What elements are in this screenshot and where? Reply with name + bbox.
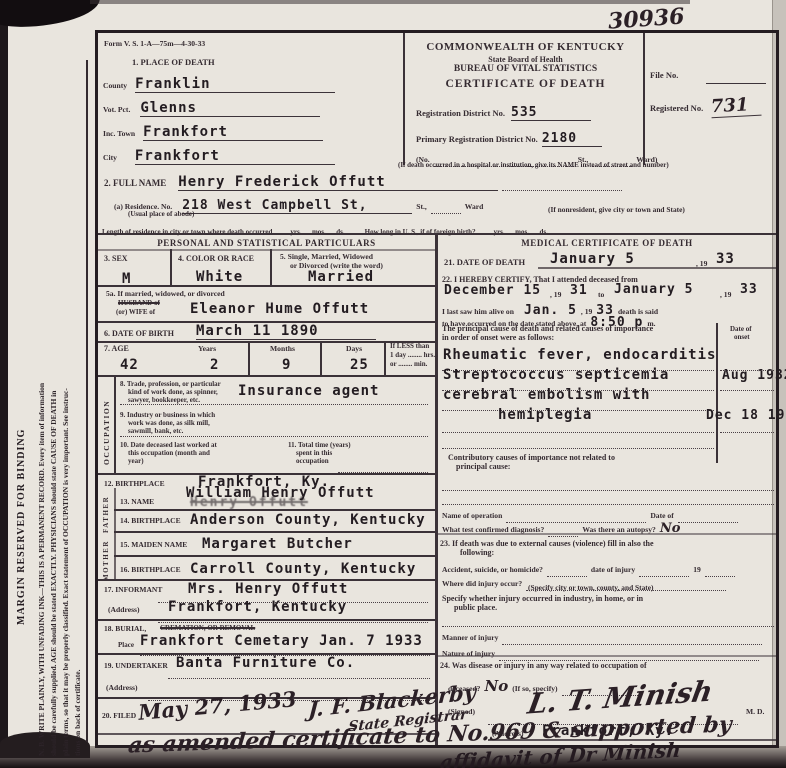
city-value: Frankfort xyxy=(135,148,335,165)
sex-label: 3. SEX xyxy=(104,254,128,263)
contributory-line-2: principal cause: xyxy=(456,462,510,471)
father-name-label: 13. NAME xyxy=(120,497,154,506)
length-residence-row: Length of residence in city or town wher… xyxy=(102,221,548,239)
hospital-note: (If death occurred in a hospital or inst… xyxy=(398,161,669,169)
dotted-rule xyxy=(442,617,774,627)
rule xyxy=(643,33,645,165)
dotted-rule xyxy=(720,423,774,433)
margin-note-line: tions on back of certificate. xyxy=(72,383,84,756)
father-birthplace-label: 14. BIRTHPLACE xyxy=(120,516,181,525)
to-year-prefix: , 19 xyxy=(720,290,731,299)
informant-address-label: (Address) xyxy=(108,605,140,614)
father-name-struck: Henry Offutt xyxy=(190,495,308,510)
nature-label: Nature of injury xyxy=(442,649,495,658)
rule xyxy=(114,555,435,557)
primary-district-row: Primary Registration District No. 2180 xyxy=(416,129,602,147)
rule xyxy=(98,375,435,377)
age-value: 42 xyxy=(120,357,139,373)
margin-note-line: plain terms, so that it may be properly … xyxy=(60,383,72,756)
binding-rule xyxy=(86,60,88,742)
full-name-dots xyxy=(502,181,622,191)
file-no-row: File No. xyxy=(650,65,766,84)
precinct-value: Glenns xyxy=(140,100,320,117)
principal-line-2: in order of onset were as follows: xyxy=(442,333,554,342)
personal-title: PERSONAL AND STATISTICAL PARTICULARS xyxy=(98,238,435,248)
spouse-label-3: (or) WIFE of xyxy=(116,308,155,316)
attended-from: December 15 xyxy=(444,283,541,298)
primary-district-label: Primary Registration District No. xyxy=(416,134,538,144)
date-of-death-label: 21. DATE OF DEATH xyxy=(444,257,525,267)
filed-label: 20. FILED xyxy=(102,711,136,720)
onset-label-1: Date of xyxy=(730,325,752,333)
cause-date: Dec 18 1932 xyxy=(706,408,786,423)
registered-no-row: Registered No. 731 xyxy=(650,95,761,117)
last-worked-label-3: year) xyxy=(128,457,144,465)
external-line-2: following: xyxy=(460,548,494,557)
rule xyxy=(438,655,776,657)
dotted-rule xyxy=(442,481,774,491)
dotted-rule xyxy=(120,395,428,405)
spouse-value: Eleanor Hume Offutt xyxy=(190,301,369,317)
rule xyxy=(716,323,718,463)
principal-line-1: The principal cause of death and related… xyxy=(442,324,653,333)
specify-line-1: Specify whether injury occurred in indus… xyxy=(442,594,643,603)
column-divider xyxy=(435,233,438,745)
age-months-label: Months xyxy=(270,344,295,353)
city-row: City Frankfort xyxy=(103,147,335,165)
external-line-1: 23. If death was due to external causes … xyxy=(440,539,654,548)
total-time-label-2: spent in this xyxy=(296,449,332,457)
margin-note: N. B. WRITE PLAINLY, WITH UNFADING INK—T… xyxy=(36,383,84,756)
md-label: M. D. xyxy=(746,707,764,716)
where-note: (Specify city or town, county, and State… xyxy=(528,583,654,592)
mother-birthplace-label: 16. BIRTHPLACE xyxy=(120,565,181,574)
rule xyxy=(114,488,116,533)
rule xyxy=(114,375,116,473)
manner-label: Manner of injury xyxy=(442,633,498,642)
full-name-row: 2. FULL NAME Henry Frederick Offutt xyxy=(104,173,622,191)
registration-district-label: Registration District No. xyxy=(416,108,505,118)
abode-note: (Usual place of abode) xyxy=(128,210,194,218)
age-years-value: 2 xyxy=(210,357,219,373)
mother-maiden-label: 15. MAIDEN NAME xyxy=(120,540,187,549)
nonresident-note: (If nonresident, give city or town and S… xyxy=(548,205,685,214)
rule xyxy=(384,341,386,375)
registration-district-value: 535 xyxy=(511,105,591,121)
from-year-prefix: , 19 xyxy=(550,290,561,299)
city-label: City xyxy=(103,153,117,162)
residence-dots xyxy=(431,204,461,214)
rule xyxy=(114,533,116,581)
rule xyxy=(248,341,250,375)
dob-label: 6. DATE OF BIRTH xyxy=(104,329,174,338)
father-sidebar: FATHER xyxy=(102,496,110,533)
total-time-label-3: occupation xyxy=(296,457,329,465)
dotted-rule xyxy=(442,495,774,505)
marital-value: Married xyxy=(308,269,374,285)
precinct-label: Vot. Pct. xyxy=(103,105,130,114)
inc-town-row: Inc. Town Frankfort xyxy=(103,123,323,141)
mother-maiden-value: Margaret Butcher xyxy=(202,536,353,552)
place-of-death-title: 1. PLACE OF DEATH xyxy=(132,57,215,67)
last-worked-label-1: 10. Date deceased last worked at xyxy=(120,441,217,449)
nature-row: Nature of injury xyxy=(442,643,759,661)
dod-year-value: 33 xyxy=(716,251,735,267)
industry-label-1: 9. Industry or business in which xyxy=(120,411,215,419)
margin-note-line: N. B. WRITE PLAINLY, WITH UNFADING INK—T… xyxy=(36,383,48,756)
registered-no-label: Registered No. xyxy=(650,103,703,113)
rule xyxy=(170,249,172,285)
signed-label: (Signed) xyxy=(448,707,475,716)
age-label: 7. AGE xyxy=(104,344,129,353)
marital-label-1: 5. Single, Married, Widowed xyxy=(280,252,373,261)
date-of-death-value: January 5 xyxy=(550,251,635,267)
birthplace-label: 12. BIRTHPLACE xyxy=(104,479,165,488)
rule xyxy=(403,33,405,165)
onset-label-2: onset xyxy=(734,333,750,341)
form-number: Form V. S. 1-A—75m—4-30-33 xyxy=(104,39,205,48)
age-months-value: 9 xyxy=(282,357,291,373)
state-board: State Board of Health xyxy=(408,55,643,64)
county-value: Franklin xyxy=(135,76,335,93)
file-no-blank xyxy=(706,65,766,84)
medical-title: MEDICAL CERTIFICATE OF DEATH xyxy=(438,238,776,248)
to-word: to xyxy=(598,290,604,299)
dotted-rule xyxy=(678,513,738,523)
mother-birthplace-value: Carroll County, Kentucky xyxy=(190,561,416,577)
scan-edge-top xyxy=(90,0,690,4)
full-name-value: Henry Frederick Offutt xyxy=(178,174,498,191)
dotted-rule xyxy=(120,427,428,437)
age-less-2: 1 day ........ hrs. xyxy=(390,351,435,359)
dotted-rule xyxy=(338,463,428,473)
father-birthplace-value: Anderson County, Kentucky xyxy=(190,512,426,528)
rule xyxy=(98,249,435,251)
rule xyxy=(538,267,776,269)
burial-struck: CREMATION, OR REMOVAL xyxy=(160,624,255,632)
attended-to-year: 33 xyxy=(740,282,758,297)
informant-label: 17. INFORMANT xyxy=(104,585,162,594)
scan-blob-top-left xyxy=(0,0,101,29)
rule xyxy=(270,249,272,285)
attended-from-year: 31 xyxy=(570,283,588,298)
precinct-row: Vot. Pct. Glenns xyxy=(103,99,320,117)
attended-to: January 5 xyxy=(614,282,693,297)
race-value: White xyxy=(196,269,243,285)
full-name-label: 2. FULL NAME xyxy=(104,178,166,188)
burial-label: 18. BURIAL, xyxy=(104,624,146,633)
residence-st-label: St., xyxy=(416,202,427,211)
certificate-form: Form V. S. 1-A—75m—4-30-33 1. PLACE OF D… xyxy=(95,30,779,748)
dotted-rule xyxy=(442,423,714,433)
age-less-1: If LESS than xyxy=(390,342,429,350)
scanned-death-certificate: 30936 MARGIN RESERVED FOR BINDING N. B. … xyxy=(0,0,786,768)
occupation-sidebar: OCCUPATION xyxy=(102,400,111,465)
age-days-label: Days xyxy=(346,344,362,353)
burial-place-label: Place xyxy=(118,641,134,649)
spouse-label-1: 5a. If married, widowed, or divorced xyxy=(106,289,225,298)
age-years-label: Years xyxy=(198,344,216,353)
undertaker-label: 19. UNDERTAKER xyxy=(104,661,168,670)
specify-line-2: public place. xyxy=(454,603,497,612)
total-time-label-1: 11. Total time (years) xyxy=(288,441,351,449)
dotted-rule xyxy=(442,439,714,449)
occupation-related-line: 24. Was disease or injury in any way rel… xyxy=(440,661,647,670)
scan-edge-left xyxy=(0,0,8,768)
bureau: BUREAU OF VITAL STATISTICS xyxy=(408,64,643,74)
rule xyxy=(114,509,435,511)
commonwealth-title: COMMONWEALTH OF KENTUCKY xyxy=(408,41,643,53)
dotted-rule xyxy=(158,613,428,623)
certificate-title: CERTIFICATE OF DEATH xyxy=(408,78,643,90)
trade-label-1: 8. Trade, profession, or particular xyxy=(120,380,221,388)
rule xyxy=(98,285,435,287)
margin-note-line: should be carefully supplied. AGE should… xyxy=(48,383,60,756)
rule xyxy=(320,341,322,375)
age-days-value: 25 xyxy=(350,357,369,373)
age-less-3: or ........ min. xyxy=(390,360,427,368)
residence-value: 218 West Campbell St, xyxy=(182,198,412,214)
file-no-label: File No. xyxy=(650,70,678,80)
county-row: County Franklin xyxy=(103,75,335,93)
dotted-rule xyxy=(548,527,578,537)
mother-sidebar: MOTHER xyxy=(102,540,110,581)
cause-text: hemiplegia xyxy=(498,407,592,423)
rule xyxy=(98,619,435,621)
contributory-line-1: Contributory causes of importance not re… xyxy=(448,453,615,462)
county-label: County xyxy=(103,81,127,90)
inc-town-label: Inc. Town xyxy=(103,129,135,138)
dotted-rule xyxy=(168,669,430,679)
primary-district-value: 2180 xyxy=(542,131,602,147)
dotted-rule xyxy=(720,381,774,391)
registered-no-value: 731 xyxy=(711,94,762,119)
rule xyxy=(114,531,435,533)
where-label: Where did injury occur? xyxy=(442,579,522,588)
inc-town-value: Frankfort xyxy=(143,124,323,141)
dotted-rule xyxy=(720,361,774,371)
spouse-label-2: HUSBAND of xyxy=(118,299,160,307)
race-label: 4. COLOR OR RACE xyxy=(178,254,254,263)
registration-district-row: Registration District No. 535 xyxy=(416,103,591,121)
rule xyxy=(438,533,776,535)
occupation-related-value: No xyxy=(484,677,508,695)
binding-margin-label: MARGIN RESERVED FOR BINDING xyxy=(16,429,27,625)
dob-value: March 11 1890 xyxy=(196,323,376,340)
residence-ward-label: Ward xyxy=(465,202,484,211)
last-worked-label-2: this occupation (month and xyxy=(128,449,210,457)
undertaker-address-label: (Address) xyxy=(106,683,138,692)
industry-label-2: work was done, as silk mill, xyxy=(128,419,210,427)
deceased-label: deceased? xyxy=(448,684,480,693)
